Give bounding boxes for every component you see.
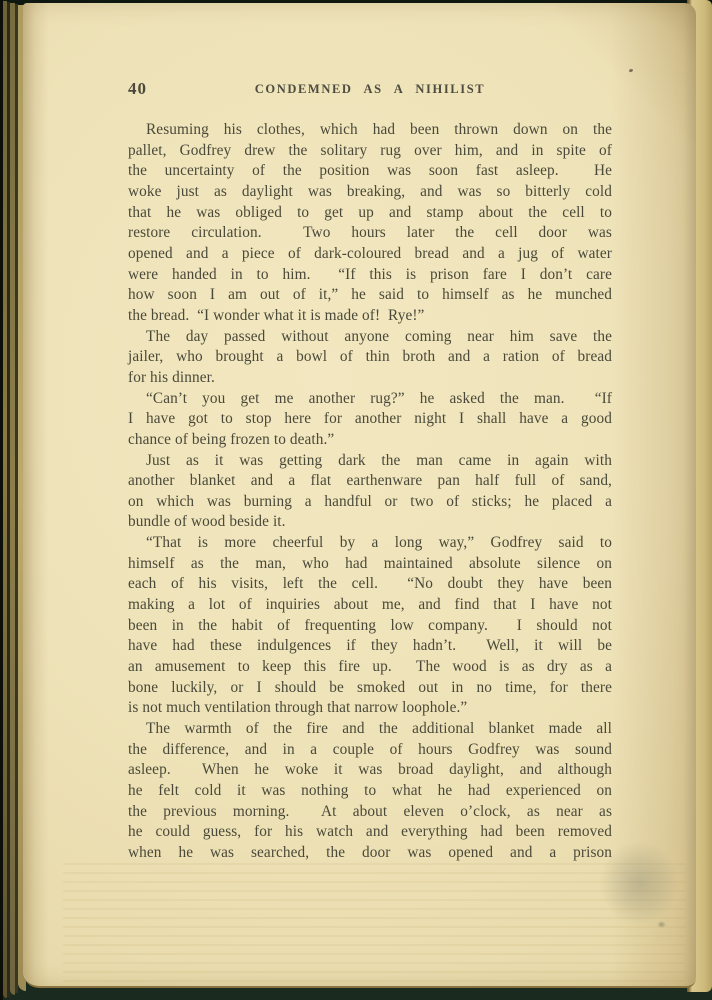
text-line: Just as it was getting dark the man came… (128, 451, 612, 472)
text-line: he felt cold it was nothing to what he h… (128, 781, 612, 802)
text-line: when he was searched, the door was opene… (128, 843, 612, 864)
smudge-dot (657, 921, 666, 928)
text-line: bundle of wood beside it. (128, 512, 612, 533)
text-line: chance of being frozen to death.” (128, 430, 612, 451)
page-fold-shadow (611, 3, 696, 986)
text-line: he could guess, for his watch and everyt… (128, 822, 612, 843)
text-line: is not much ventilation through that nar… (128, 698, 612, 719)
text-line: the bread. “I wonder what it is made of!… (128, 306, 612, 327)
text-line: how soon I am out of it,” he said to him… (128, 285, 612, 306)
scan-streaks (63, 856, 686, 986)
text-line: another blanket and a flat earthenware p… (128, 471, 612, 492)
text-line: woke just as daylight was breaking, and … (128, 182, 612, 203)
text-line: each of his visits, left the cell. “No d… (128, 574, 612, 595)
text-line: The warmth of the fire and the additiona… (128, 719, 612, 740)
text-line: The day passed without anyone coming nea… (128, 327, 612, 348)
text-line: the uncertainty of the position was soon… (128, 161, 612, 182)
running-header: CONDEMNED AS A NIHILIST (128, 82, 612, 97)
text-line: the difference, and in a couple of hours… (128, 740, 612, 761)
text-line: been in the habit of frequenting low com… (128, 616, 612, 637)
text-line: I have got to stop here for another nigh… (128, 409, 612, 430)
text-line: opened and a piece of dark-coloured brea… (128, 244, 612, 265)
text-line: restore circulation. Two hours later the… (128, 223, 612, 244)
text-line: that he was obliged to get up and stamp … (128, 203, 612, 224)
text-line: jailer, who brought a bowl of thin broth… (128, 347, 612, 368)
body-text: Resuming his clothes, which had been thr… (128, 120, 612, 864)
binding-shadow (23, 3, 49, 986)
ink-speck (629, 68, 634, 72)
text-line: were handed in to him. “If this is priso… (128, 265, 612, 286)
text-line: Resuming his clothes, which had been thr… (128, 120, 612, 141)
text-line: the previous morning. At about eleven o’… (128, 802, 612, 823)
text-line: have had these indulgences if they hadn’… (128, 636, 612, 657)
text-line: an amusement to keep this fire up. The w… (128, 657, 612, 678)
book-page: 40 CONDEMNED AS A NIHILIST Resuming his … (23, 3, 696, 988)
book-scan: 40 CONDEMNED AS A NIHILIST Resuming his … (0, 0, 712, 1000)
text-line: himself as the man, who had maintained a… (128, 554, 612, 575)
text-line: for his dinner. (128, 368, 612, 389)
text-line: “Can’t you get me another rug?” he asked… (128, 389, 612, 410)
text-line: making a lot of inquiries about me, and … (128, 595, 612, 616)
text-line: on which was burning a handful or two of… (128, 492, 612, 513)
text-line: pallet, Godfrey drew the solitary rug ov… (128, 141, 612, 162)
text-line: asleep. When he woke it was broad daylig… (128, 760, 612, 781)
text-line: bone luckily, or I should be smoked out … (128, 678, 612, 699)
text-line: “That is more cheerful by a long way,” G… (128, 533, 612, 554)
page-header: 40 CONDEMNED AS A NIHILIST (128, 79, 612, 101)
